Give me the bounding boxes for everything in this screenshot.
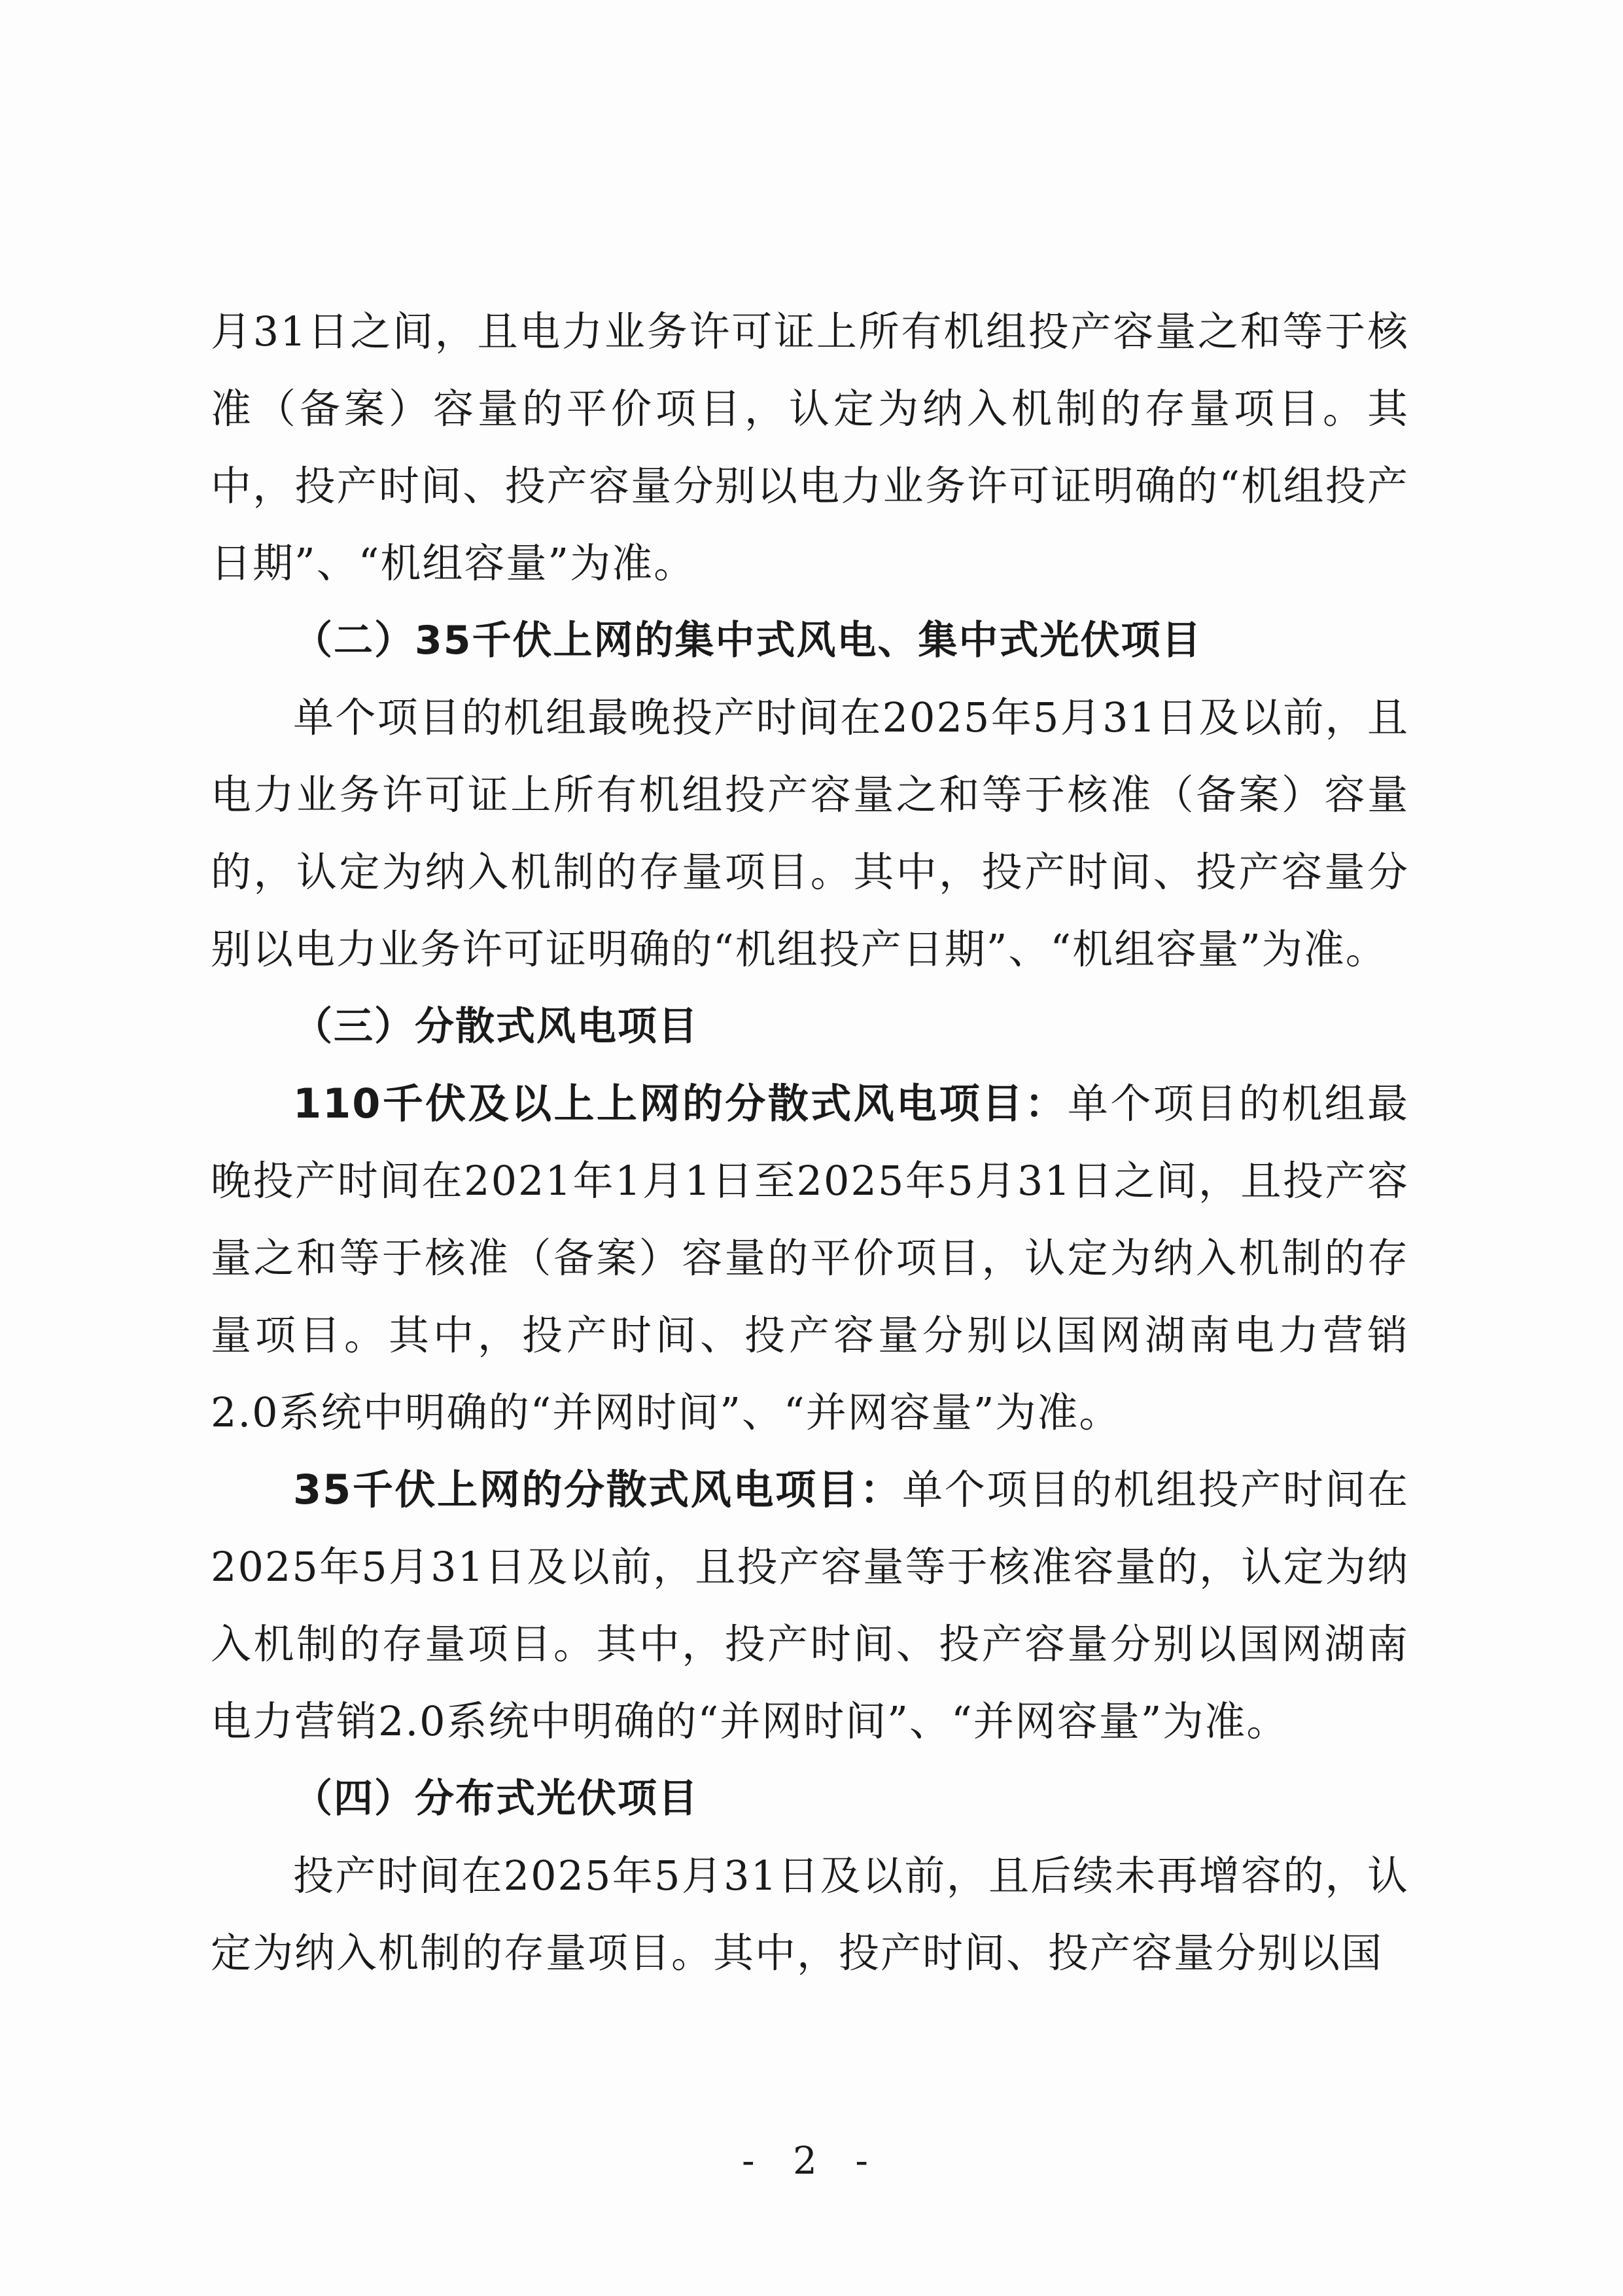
paragraph-distributed-pv: 投产时间在2025年5月31日及以前，且后续未再增容的，认定为纳入机制的存量项目… bbox=[211, 1837, 1409, 1992]
section-heading-3: （三）分散式风电项目 bbox=[211, 988, 1409, 1065]
paragraph-centralized-projects: 单个项目的机组最晚投产时间在2025年5月31日及以前，且电力业务许可证上所有机… bbox=[211, 679, 1409, 988]
paragraph-lead-35kv: 35千伏上网的分散式风电项目： bbox=[293, 1466, 902, 1513]
paragraph-lead-110kv: 110千伏及以上上网的分散式风电项目： bbox=[293, 1080, 1068, 1127]
paragraph-110kv-wind: 110千伏及以上上网的分散式风电项目：单个项目的机组最晚投产时间在2021年1月… bbox=[211, 1065, 1409, 1451]
document-page: 月31日之间，且电力业务许可证上所有机组投产容量之和等于核准（备案）容量的平价项… bbox=[0, 0, 1623, 2296]
paragraph-continuation: 月31日之间，且电力业务许可证上所有机组投产容量之和等于核准（备案）容量的平价项… bbox=[211, 293, 1409, 602]
section-heading-4: （四）分布式光伏项目 bbox=[211, 1760, 1409, 1837]
page-number: - 2 - bbox=[0, 2138, 1623, 2183]
section-heading-2: （二）35千伏上网的集中式风电、集中式光伏项目 bbox=[211, 602, 1409, 679]
document-body: 月31日之间，且电力业务许可证上所有机组投产容量之和等于核准（备案）容量的平价项… bbox=[211, 293, 1409, 1992]
paragraph-35kv-wind: 35千伏上网的分散式风电项目：单个项目的机组投产时间在2025年5月31日及以前… bbox=[211, 1451, 1409, 1760]
paragraph-text-110kv: 单个项目的机组最晚投产时间在2021年1月1日至2025年5月31日之间，且投产… bbox=[211, 1080, 1409, 1436]
